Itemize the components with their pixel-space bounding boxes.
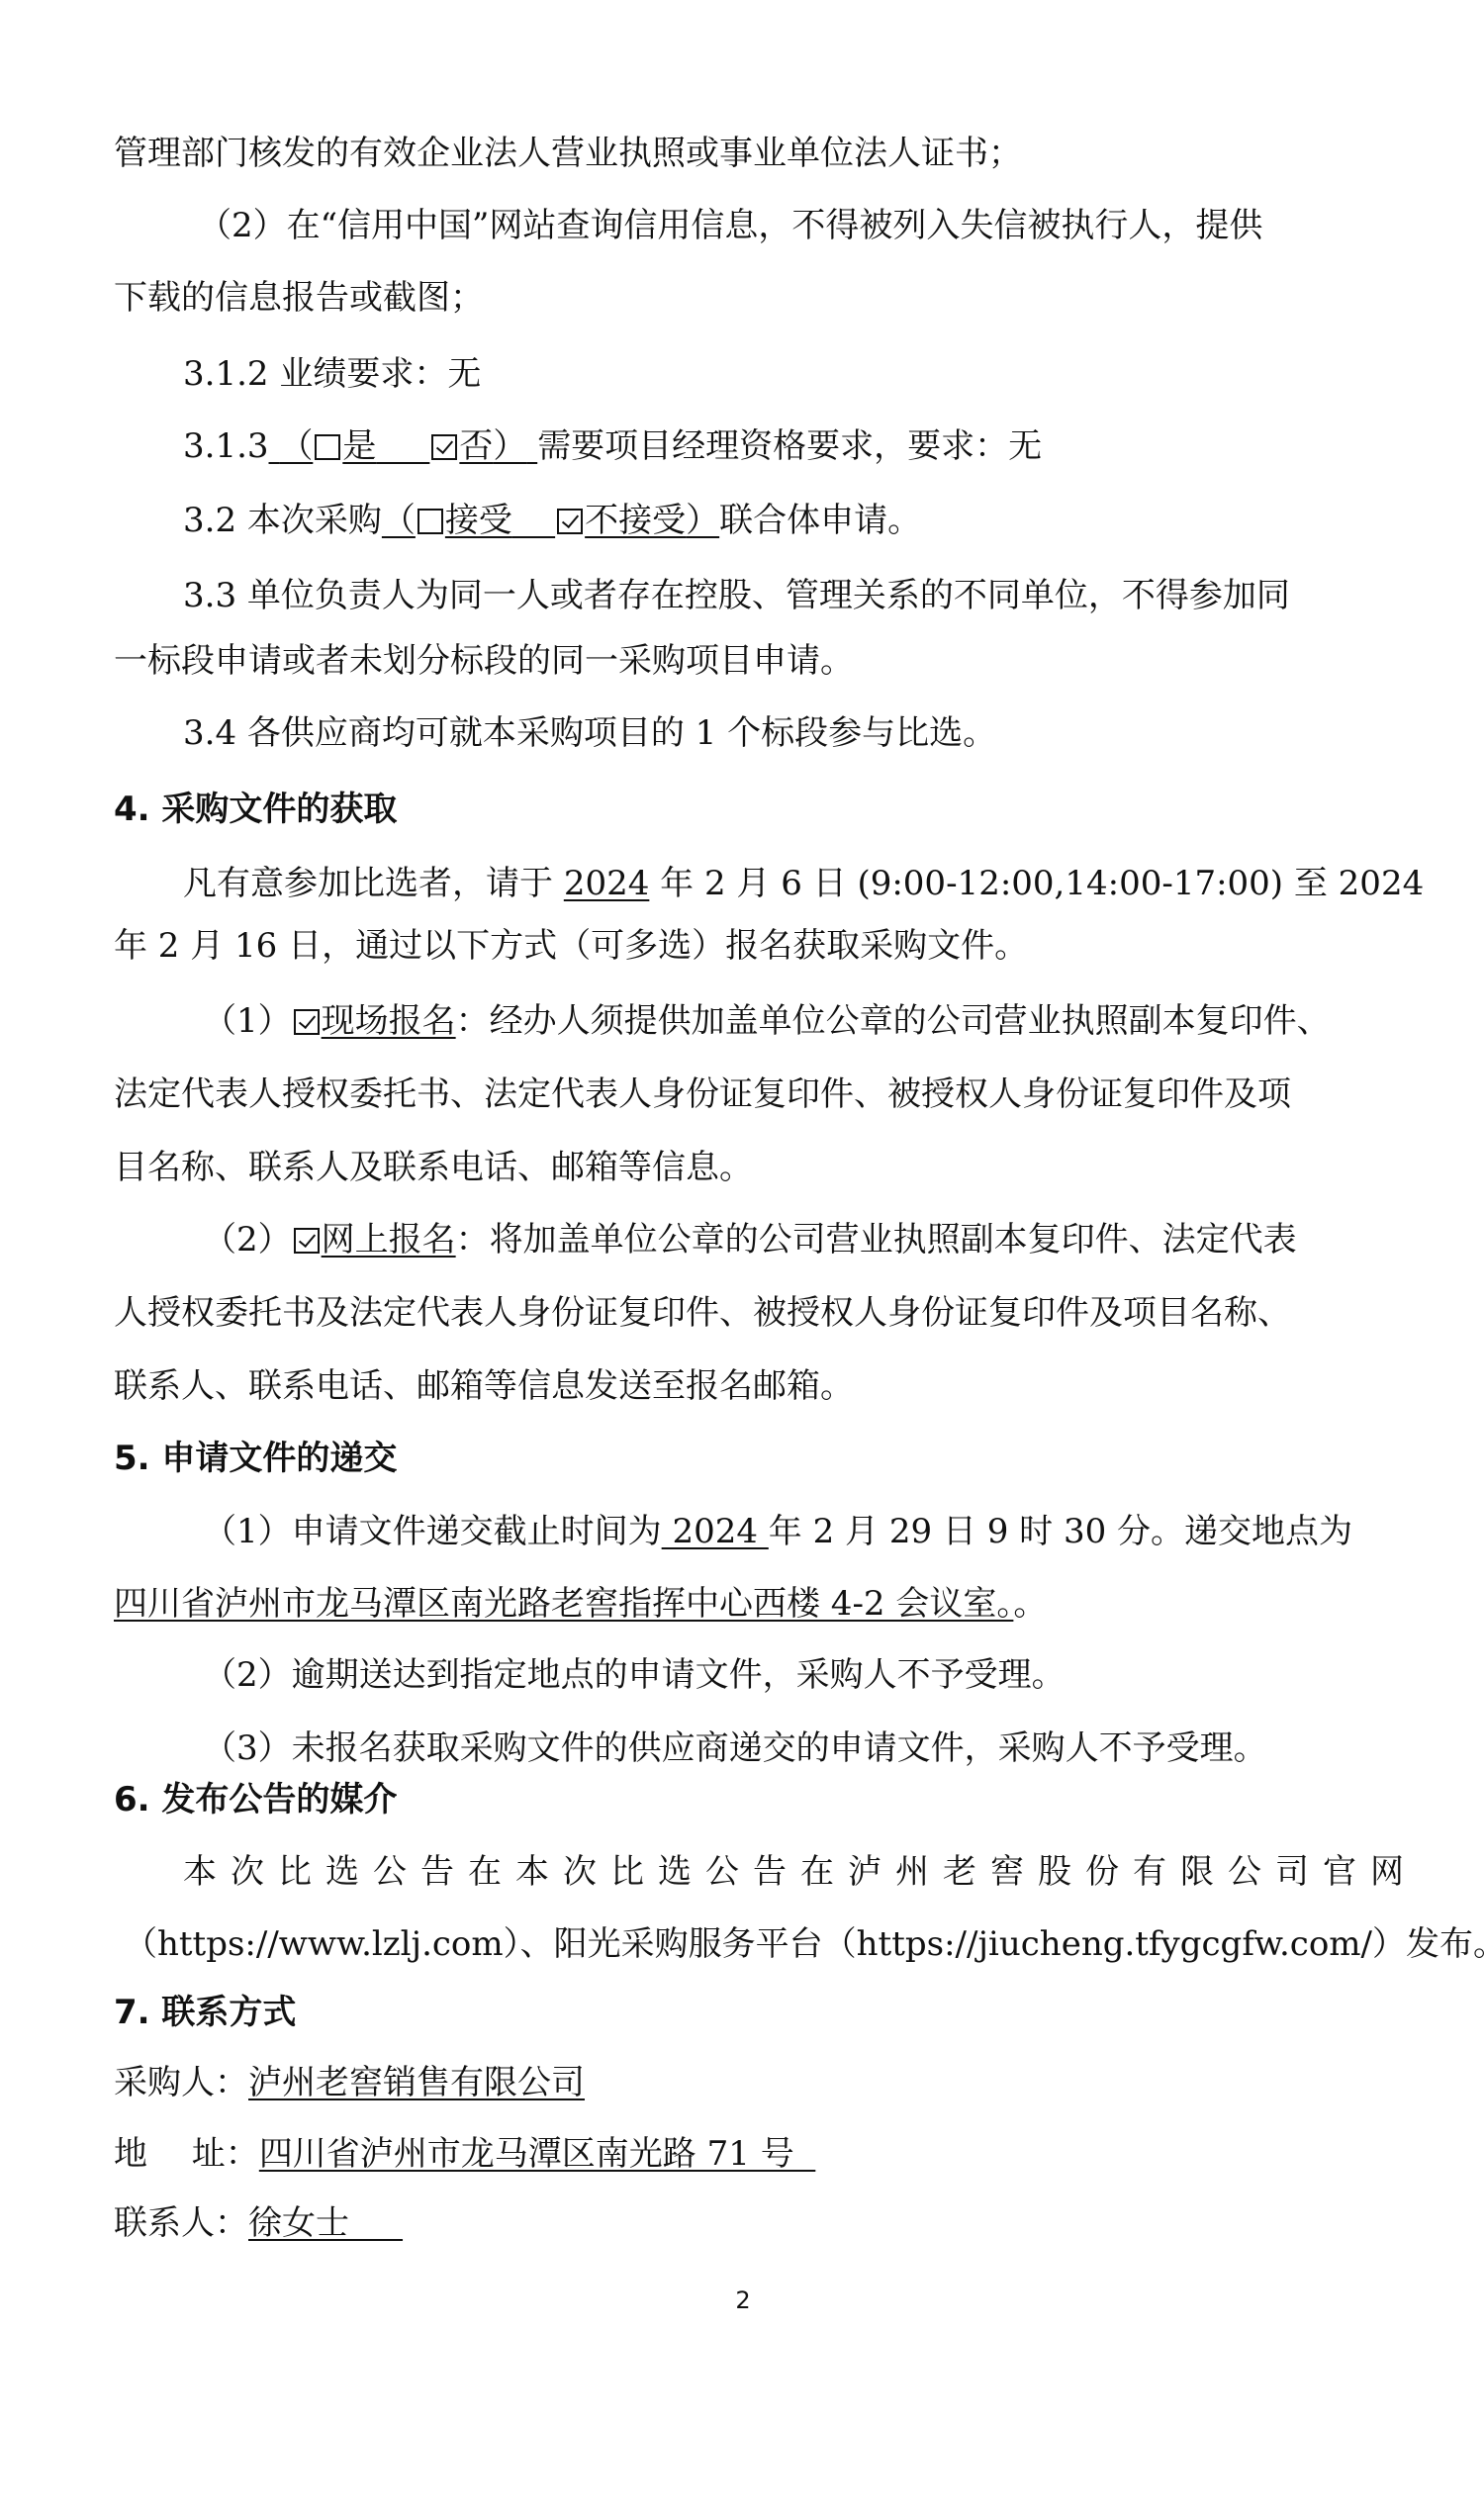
text: 需要项目经理资格要求，要求：无 xyxy=(537,426,1042,466)
heading-text: 7. 联系方式 xyxy=(114,1993,296,2032)
section-heading-6: 6. 发布公告的媒介 xyxy=(114,1778,1368,1821)
contact-value: 徐女士 xyxy=(248,2203,403,2243)
online-registration-cont: 联系人、联系电话、邮箱等信息发送至报名邮箱。 xyxy=(114,1364,1368,1408)
paragraph-line: 管理部门核发的有效企业法人营业执照或事业单位法人证书； xyxy=(114,132,1368,175)
text: （1）申请文件递交截止时间为 xyxy=(203,1512,662,1551)
paren: ） xyxy=(686,501,719,540)
publication-media: 本次比选公告在本次比选公告在泸州老窖股份有限公司官网 xyxy=(183,1850,1368,1894)
unregistered-note: （3）未报名获取采购文件的供应商递交的申请文件，采购人不予受理。 xyxy=(203,1726,1358,1770)
online-registration: （2）网上报名：将加盖单位公章的公司营业执照副本复印件、法定代表 xyxy=(203,1218,1358,1261)
text: 3.4 各供应商均可就本采购项目的 1 个标段参与比选。 xyxy=(183,713,996,753)
paragraph-credit-check: （2）在“信用中国”网站查询信用信息，不得被列入失信被执行人，提供 xyxy=(198,204,1368,247)
text: （https://www.lzlj.com）、阳光采购服务平台（https://… xyxy=(124,1924,1484,1964)
registration-period: 凡有意参加比选者，请于 2024 年 2 月 6 日 (9:00-12:00,1… xyxy=(183,862,1368,905)
heading-text: 6. 发布公告的媒介 xyxy=(114,1780,397,1819)
text: 法定代表人授权委托书、法定代表人身份证复印件、被授权人身份证复印件及项 xyxy=(114,1074,1291,1114)
submission-location: 四川省泸州市龙马潭区南光路老窖指挥中心西楼 4-2 会议室。。 xyxy=(114,1582,1368,1626)
text: 年 2 月 6 日 (9:00-12:00,14:00-17:00) 至 202… xyxy=(649,864,1424,903)
text: （2）在“信用中国”网站查询信用信息，不得被列入失信被执行人，提供 xyxy=(198,206,1262,245)
contact-label: 联系人： xyxy=(114,2203,248,2243)
option-reject-label: 不接受 xyxy=(585,501,686,540)
option-yes-label: 是 xyxy=(342,426,376,466)
item-number: （2） xyxy=(203,1220,292,1259)
paragraph-3-4: 3.4 各供应商均可就本采购项目的 1 个标段参与比选。 xyxy=(183,711,1368,755)
text: ：将加盖单位公章的公司营业执照副本复印件、法定代表 xyxy=(456,1220,1297,1259)
address-row: 地 址：四川省泸州市龙马潭区南光路 71 号 xyxy=(114,2132,1368,2176)
text: 联系人、联系电话、邮箱等信息发送至报名邮箱。 xyxy=(114,1366,854,1406)
paragraph-3-3: 3.3 单位负责人为同一人或者存在控股、管理关系的不同单位，不得参加同 xyxy=(183,574,1368,617)
consortium-row: 3.2 本次采购（接受 不接受）联合体申请。 xyxy=(183,499,1368,542)
text: 下载的信息报告或截图； xyxy=(114,278,484,318)
online-registration-cont: 人授权委托书及法定代表人身份证复印件、被授权人身份证复印件及项目名称、 xyxy=(114,1291,1368,1335)
pm-qualification-row: 3.1.3 （是 否） 需要项目经理资格要求，要求：无 xyxy=(183,424,1368,468)
onsite-registration-cont: 目名称、联系人及联系电话、邮箱等信息。 xyxy=(114,1146,1368,1189)
late-submission-note: （2）逾期送达到指定地点的申请文件，采购人不予受理。 xyxy=(203,1653,1358,1697)
purchaser-value: 泸州老窖销售有限公司 xyxy=(248,2063,585,2102)
paragraph-3-3-cont: 一标段申请或者未划分标段的同一采购项目申请。 xyxy=(114,639,1368,683)
section-heading-5: 5. 申请文件的递交 xyxy=(114,1437,1368,1480)
text: 凡有意参加比选者，请于 xyxy=(183,864,564,903)
online-label: 网上报名 xyxy=(322,1220,456,1259)
checkbox-online-checked-icon[interactable] xyxy=(294,1228,320,1254)
onsite-registration-cont: 法定代表人授权委托书、法定代表人身份证复印件、被授权人身份证复印件及项 xyxy=(114,1072,1368,1116)
paren: （ xyxy=(382,501,416,540)
option-accept-label: 接受 xyxy=(445,501,512,540)
year-value: 2024 xyxy=(564,864,650,903)
text: ：经办人须提供加盖单位公章的公司营业执照副本复印件、 xyxy=(456,1001,1331,1041)
document-page: 管理部门核发的有效企业法人营业执照或事业单位法人证书； （2）在“信用中国”网站… xyxy=(0,0,1484,2518)
checkbox-no-checked-icon[interactable] xyxy=(431,434,457,460)
text: 3.3 单位负责人为同一人或者存在控股、管理关系的不同单位，不得参加同 xyxy=(183,576,1290,615)
page-number: 2 xyxy=(728,2285,758,2315)
text: 。 xyxy=(1013,1584,1047,1624)
address-value: 四川省泸州市龙马潭区南光路 71 号 xyxy=(259,2134,816,2174)
text: 年 2 月 29 日 9 时 30 分。递交地点为 xyxy=(769,1512,1352,1551)
paren: ） xyxy=(493,426,526,466)
submission-deadline: （1）申请文件递交截止时间为 2024 年 2 月 29 日 9 时 30 分。… xyxy=(203,1510,1358,1553)
text: 3.2 本次采购 xyxy=(183,501,382,540)
submission-address: 四川省泸州市龙马潭区南光路老窖指挥中心西楼 4-2 会议室。 xyxy=(114,1584,1013,1624)
option-no-label: 否 xyxy=(459,426,493,466)
text: 联合体申请。 xyxy=(719,501,921,540)
paren: （ xyxy=(279,426,313,466)
purchaser-label: 采购人： xyxy=(114,2063,248,2102)
checkbox-onsite-checked-icon[interactable] xyxy=(294,1009,320,1035)
address-label: 地 址： xyxy=(114,2134,259,2174)
item-number: （1） xyxy=(203,1001,292,1041)
onsite-registration: （1）现场报名：经办人须提供加盖单位公章的公司营业执照副本复印件、 xyxy=(203,999,1358,1043)
paragraph-line: 下载的信息报告或截图； xyxy=(114,276,1368,320)
onsite-label: 现场报名 xyxy=(322,1001,456,1041)
onsite-option: 现场报名 xyxy=(292,1001,456,1041)
heading-text: 5. 申请文件的递交 xyxy=(114,1439,397,1478)
deadline-year: 2024 xyxy=(662,1512,769,1551)
checkbox-reject-checked-icon[interactable] xyxy=(557,509,583,534)
text: 本次比选公告在本次比选公告在泸州老窖股份有限公司官网 xyxy=(183,1852,1418,1892)
option-group: （是 否） xyxy=(269,426,538,466)
checkbox-accept-unchecked-icon[interactable] xyxy=(417,509,443,534)
purchaser-row: 采购人：泸州老窖销售有限公司 xyxy=(114,2061,1368,2104)
contact-row: 联系人：徐女士 xyxy=(114,2201,1368,2245)
publication-urls: （https://www.lzlj.com）、阳光采购服务平台（https://… xyxy=(124,1922,1378,1966)
section-number: 3.1.3 xyxy=(183,426,269,466)
text: 目名称、联系人及联系电话、邮箱等信息。 xyxy=(114,1148,753,1187)
checkbox-yes-unchecked-icon[interactable] xyxy=(315,434,340,460)
section-heading-4: 4. 采购文件的获取 xyxy=(114,788,1368,831)
performance-requirement: 3.1.2 业绩要求：无 xyxy=(183,352,1368,396)
text: 人授权委托书及法定代表人身份证复印件、被授权人身份证复印件及项目名称、 xyxy=(114,1293,1291,1333)
text: 管理部门核发的有效企业法人营业执照或事业单位法人证书； xyxy=(114,134,1022,173)
registration-period-cont: 年 2 月 16 日，通过以下方式（可多选）报名获取采购文件。 xyxy=(114,924,1368,968)
online-option: 网上报名 xyxy=(292,1220,456,1259)
option-group: （接受 不接受） xyxy=(382,501,719,540)
text: 一标段申请或者未划分标段的同一采购项目申请。 xyxy=(114,641,854,681)
text: （2）逾期送达到指定地点的申请文件，采购人不予受理。 xyxy=(203,1655,1066,1695)
section-heading-7: 7. 联系方式 xyxy=(114,1991,1368,2034)
heading-text: 4. 采购文件的获取 xyxy=(114,790,397,829)
text: （3）未报名获取采购文件的供应商递交的申请文件，采购人不予受理。 xyxy=(203,1728,1267,1768)
text: 年 2 月 16 日，通过以下方式（可多选）报名获取采购文件。 xyxy=(114,926,1028,966)
text: 3.1.2 业绩要求：无 xyxy=(183,354,481,394)
